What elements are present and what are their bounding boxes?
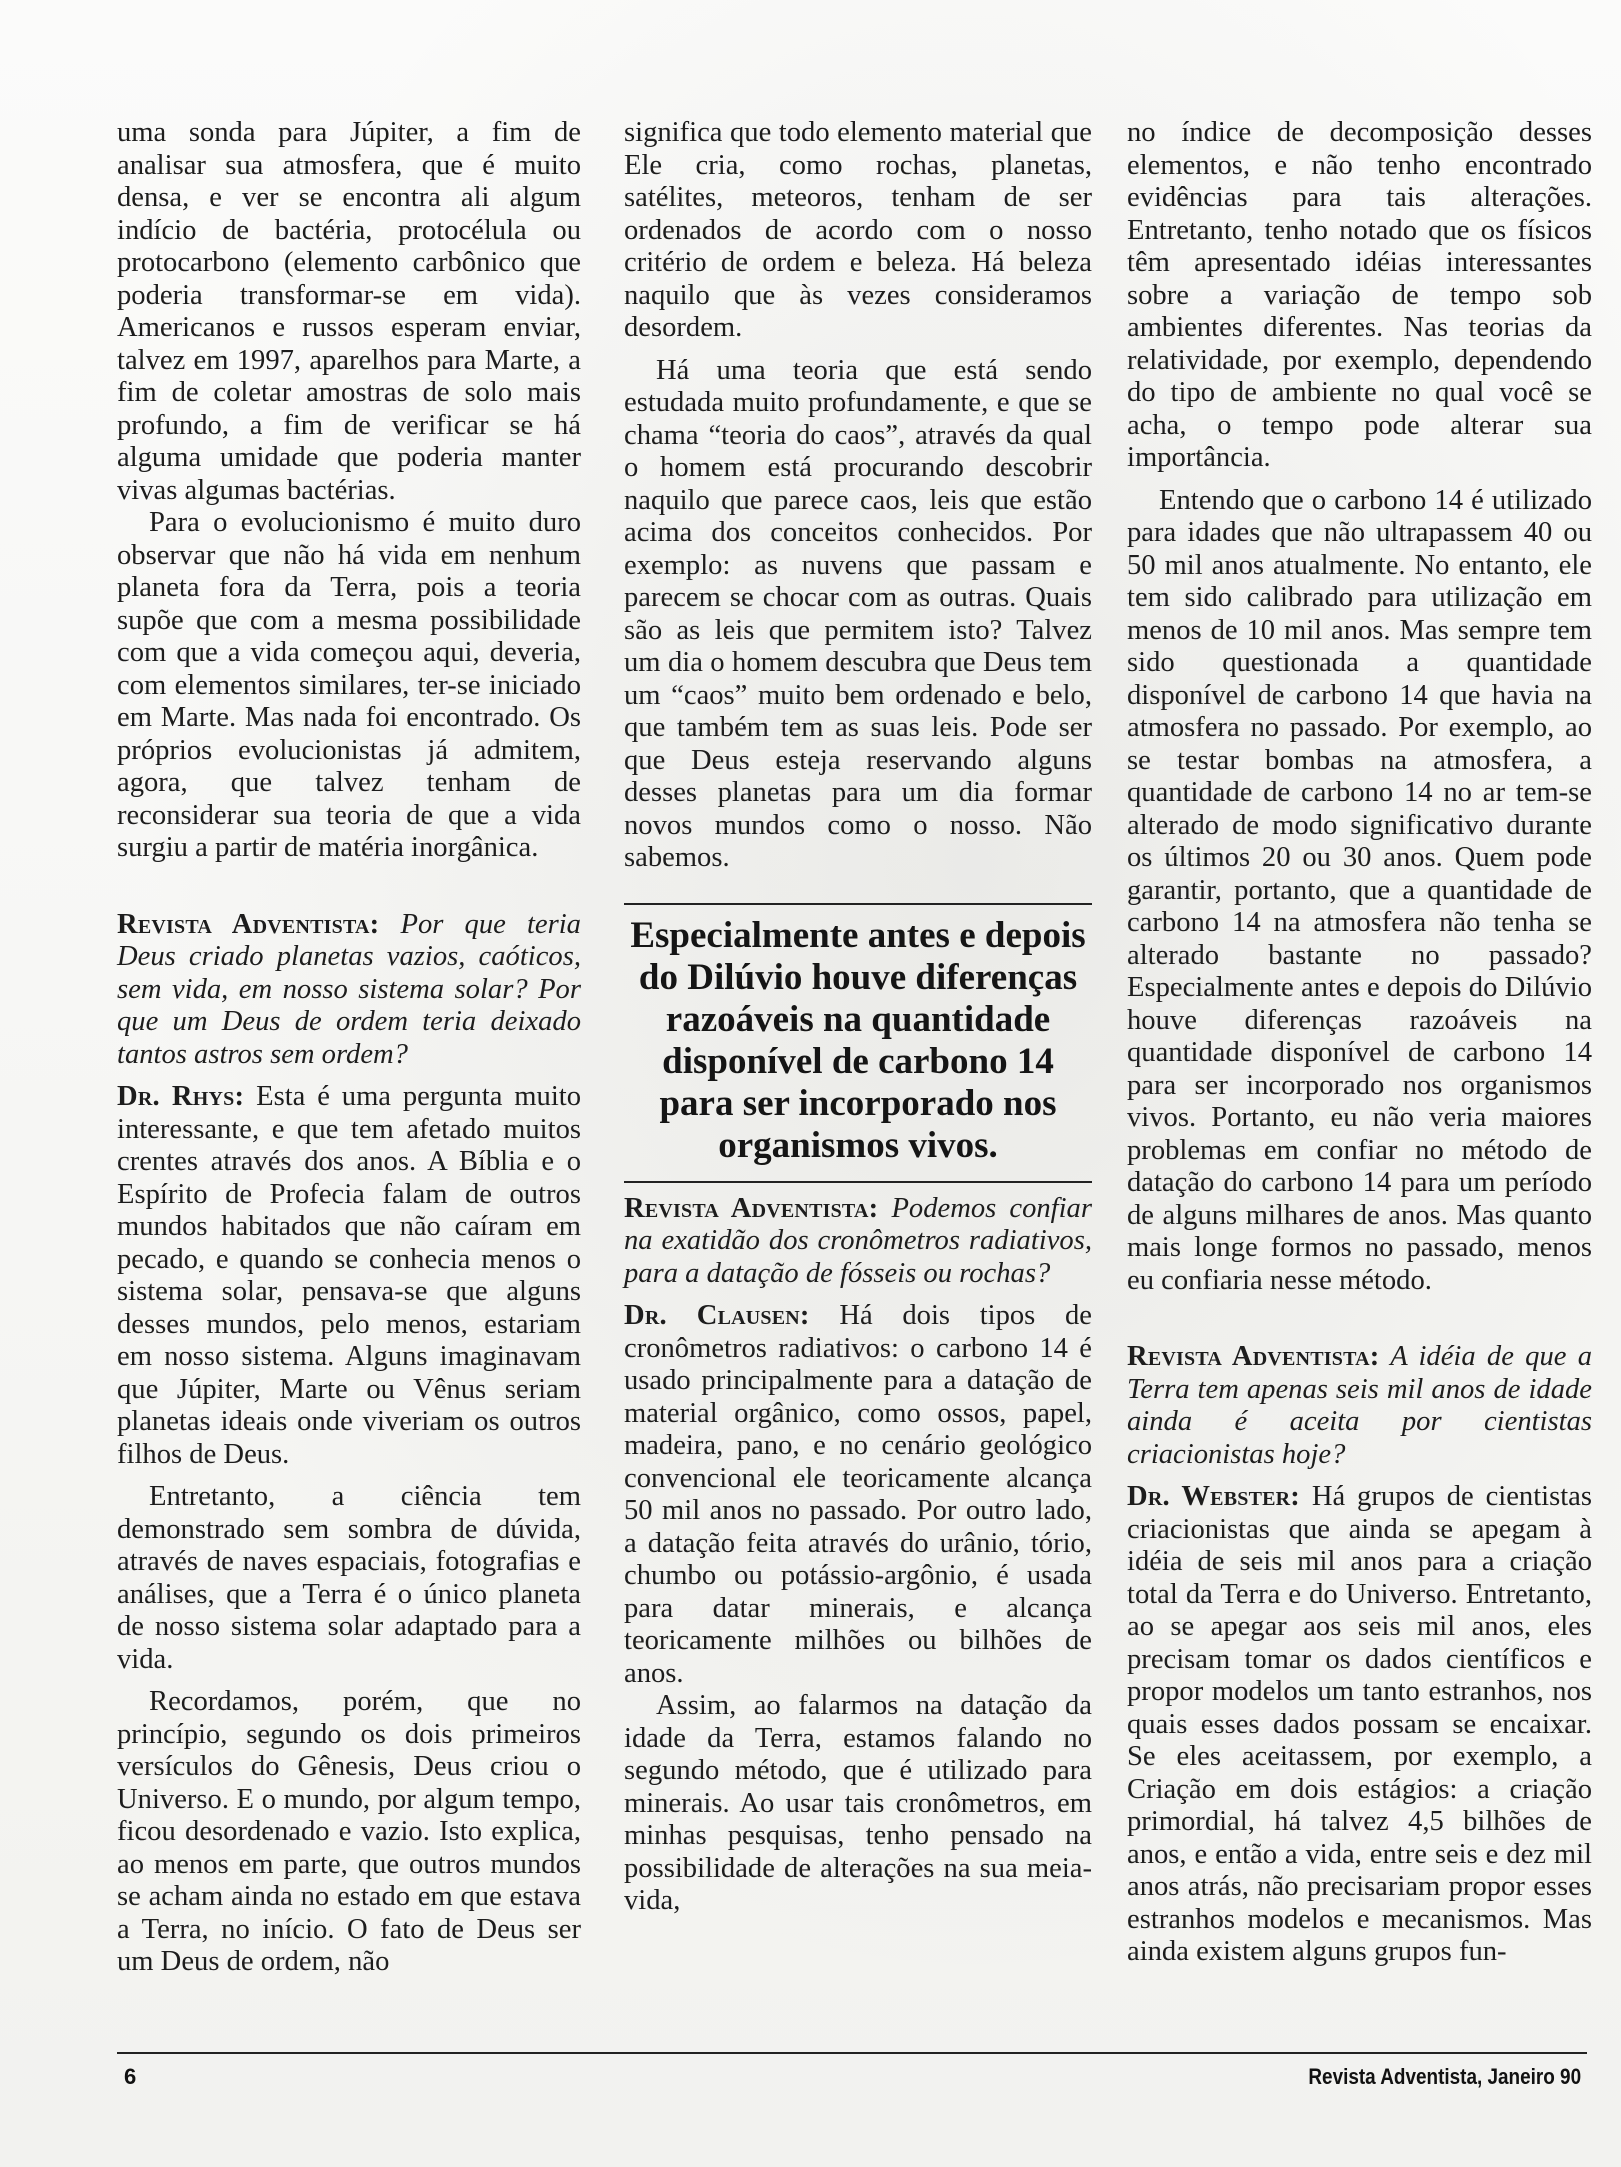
interview-question: Revista Adventista: A idéia de que a Ter… xyxy=(1127,1341,1592,1471)
paragraph: Entretanto, a ciência tem demonstrado se… xyxy=(117,1481,581,1676)
answer-text: Há grupos de cientistas criacionistas qu… xyxy=(1127,1481,1592,1967)
footer-rule xyxy=(117,2052,1587,2054)
paragraph: Entendo que o carbono 14 é utilizado par… xyxy=(1127,485,1592,1298)
interview-answer: Dr. Webster: Há grupos de cientistas cri… xyxy=(1127,1481,1592,1969)
paragraph: Assim, ao falarmos na datação da idade d… xyxy=(624,1690,1092,1918)
paragraph: Para o evolucionismo é muito duro observ… xyxy=(117,507,581,865)
speaker-label: Revista Adventista: xyxy=(1127,1341,1380,1372)
speaker-label: Dr. Rhys: xyxy=(117,1081,244,1112)
footer-publication-title: Revista Adventista, Janeiro 90 xyxy=(1308,2064,1581,2090)
answer-text: Há dois tipos de cronômetros radiativos:… xyxy=(624,1300,1092,1689)
column-2: significa que todo elemento material que… xyxy=(624,117,1092,1918)
paragraph: no índice de decomposição desses element… xyxy=(1127,117,1592,475)
answer-text: Esta é uma pergunta muito interessante, … xyxy=(117,1081,581,1470)
speaker-label: Revista Adventista: xyxy=(117,909,379,940)
column-1: uma sonda para Júpiter, a fim de analisa… xyxy=(117,117,581,1979)
speaker-label: Revista Adventista: xyxy=(624,1193,878,1224)
paragraph: significa que todo elemento material que… xyxy=(624,117,1092,345)
paragraph: Recordamos, porém, que no princípio, seg… xyxy=(117,1686,581,1979)
article-body: uma sonda para Júpiter, a fim de analisa… xyxy=(117,117,1587,2012)
interview-answer: Dr. Clausen: Há dois tipos de cronômetro… xyxy=(624,1300,1092,1690)
column-3: no índice de decomposição desses element… xyxy=(1127,117,1592,1969)
interview-question: Revista Adventista: Por que teria Deus c… xyxy=(117,909,581,1072)
page-number: 6 xyxy=(124,2064,136,2090)
speaker-label: Dr. Webster: xyxy=(1127,1481,1300,1512)
paragraph: uma sonda para Júpiter, a fim de analisa… xyxy=(117,117,581,507)
interview-question: Revista Adventista: Podemos confiar na e… xyxy=(624,1193,1092,1291)
paragraph: Há uma teoria que está sendo estudada mu… xyxy=(624,355,1092,875)
interview-answer: Dr. Rhys: Esta é uma pergunta muito inte… xyxy=(117,1081,581,1471)
speaker-label: Dr. Clausen: xyxy=(624,1300,810,1331)
pull-quote: Especialmente antes e depois do Dilúvio … xyxy=(624,903,1092,1183)
